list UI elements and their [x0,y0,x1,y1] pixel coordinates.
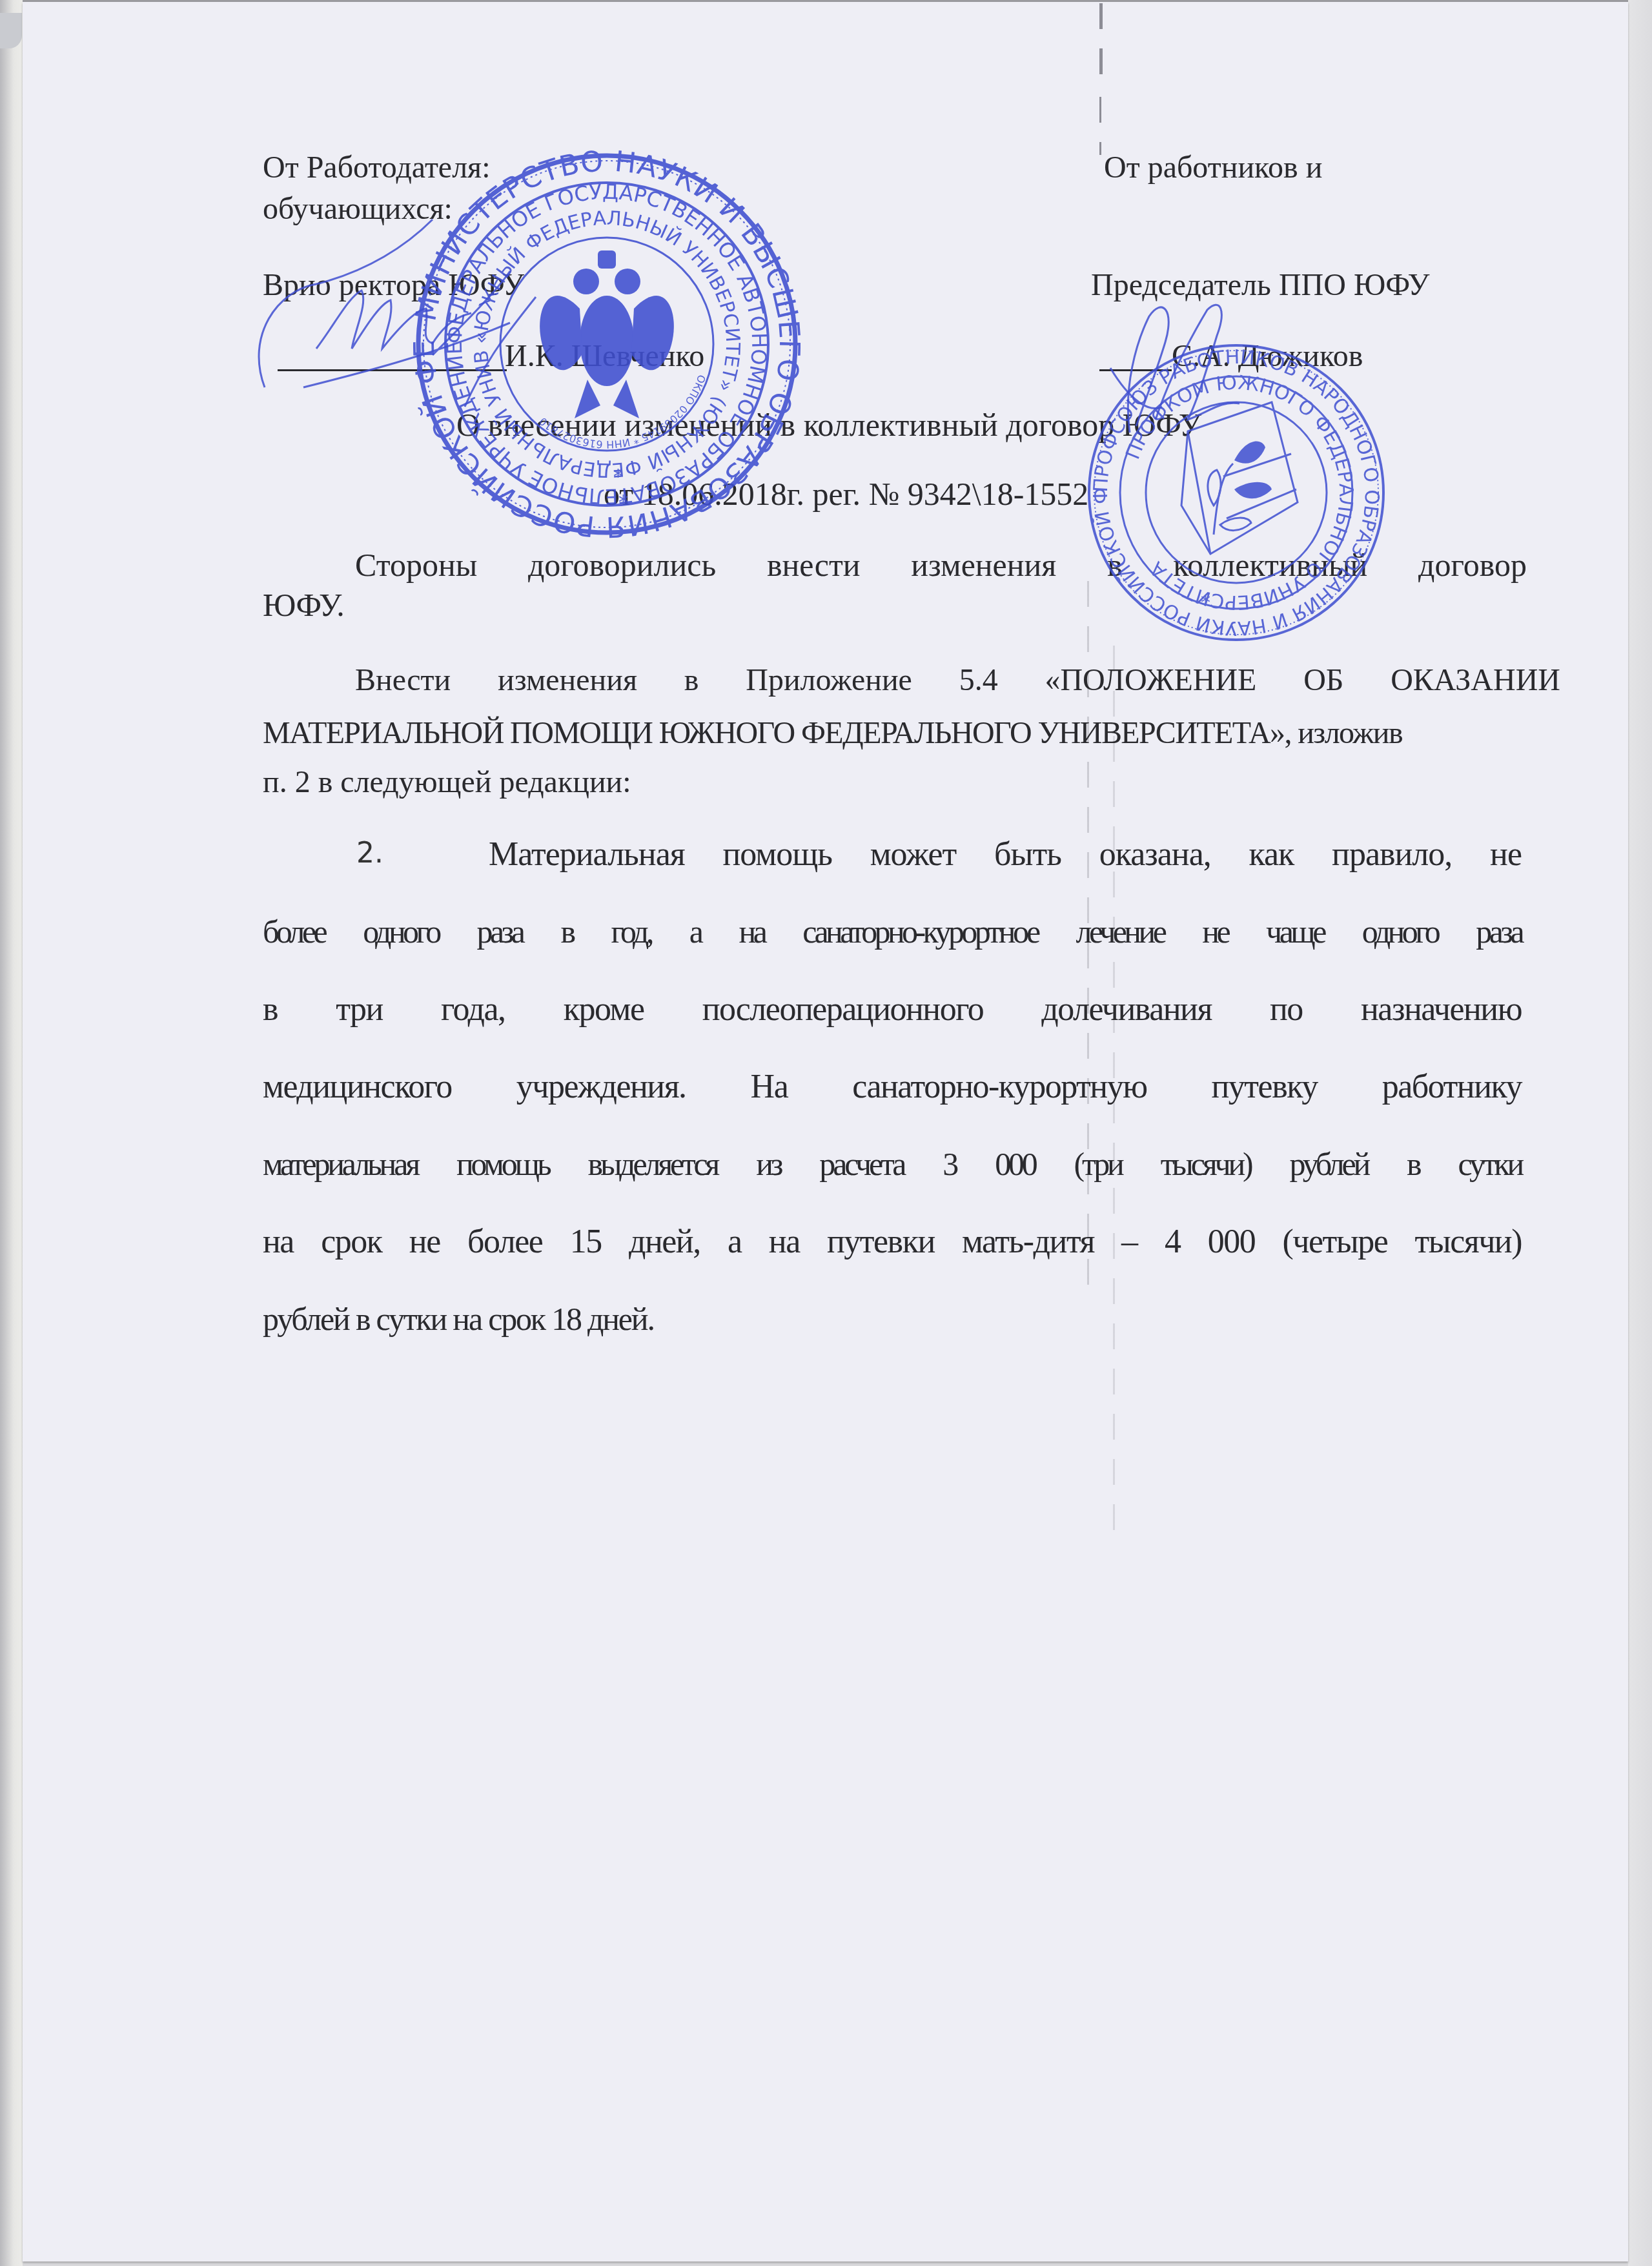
clause-text: в три года, кроме послеоперационного дол… [263,991,1522,1028]
paragraph-1-line-2: ЮФУ. [263,589,345,621]
clause-text: материальная помощь выделяется из расчет… [263,1146,1522,1182]
paragraph-text: МАТЕРИАЛЬНОЙ ПОМОЩИ ЮЖНОГО ФЕДЕРАЛЬНОГО … [263,716,1402,750]
paragraph-2-line-3: п. 2 в следующей редакции: [263,767,631,798]
paragraph-text: Стороны договорились внести изменения в … [355,547,1527,583]
clause-line-2: более одного раза в год, а на санаторно-… [263,915,1522,948]
paragraph-2-line-1: Внести изменения в Приложение 5.4 «ПОЛОЖ… [355,665,1560,696]
left-signature-line [278,369,507,371]
document-title: О внесении изменений в коллективный дого… [456,409,1201,441]
fold-line-mark [1099,3,1103,77]
clause-line-6: на срок не более 15 дней, а на путевки м… [263,1225,1522,1259]
left-signatory-name: И.К. Шевченко [505,341,704,372]
document-subtitle: от 18.06.2018г. рег. № 9342\18-1552 [604,478,1088,510]
left-party-label-continued: обучающихся: [263,194,453,225]
clause-text: Материальная помощь может быть оказана, … [489,836,1522,873]
clause-line-7: рублей в сутки на срок 18 дней. [263,1303,654,1335]
left-position-title: Врио ректора ЮФУ [263,270,524,301]
left-party-label: От Работодателя: [263,152,491,183]
clause-line-1: Материальная помощь может быть оказана, … [489,838,1522,872]
clause-line-4: медицинского учреждения. На санаторно-ку… [263,1070,1522,1104]
scanner-edge-right [1628,0,1652,2266]
clause-text: на срок не более 15 дней, а на путевки м… [263,1223,1522,1260]
right-signatory-name: С.А. Дюжиков [1172,341,1363,372]
clause-line-5: материальная помощь выделяется из расчет… [263,1148,1522,1180]
right-position-title: Председатель ППО ЮФУ [1091,270,1430,301]
scanner-edge-notch [0,13,22,48]
paragraph-text: Внести изменения в Приложение 5.4 «ПОЛОЖ… [355,663,1560,697]
fold-line-mark [1099,97,1101,155]
document-page [23,2,1628,2261]
clause-number: 2. [356,839,383,868]
paragraph-1-line-1: Стороны договорились внести изменения в … [355,549,1527,581]
right-signature-line [1099,369,1172,371]
clause-line-3: в три года, кроме послеоперационного дол… [263,993,1522,1026]
scanner-edge-left [0,0,23,2266]
right-party-label: От работников и [1104,152,1322,183]
clause-text: более одного раза в год, а на санаторно-… [263,914,1522,950]
clause-text: медицинского учреждения. На санаторно-ку… [263,1068,1522,1105]
paragraph-2-line-2: МАТЕРИАЛЬНОЙ ПОМОЩИ ЮЖНОГО ФЕДЕРАЛЬНОГО … [263,718,1560,749]
